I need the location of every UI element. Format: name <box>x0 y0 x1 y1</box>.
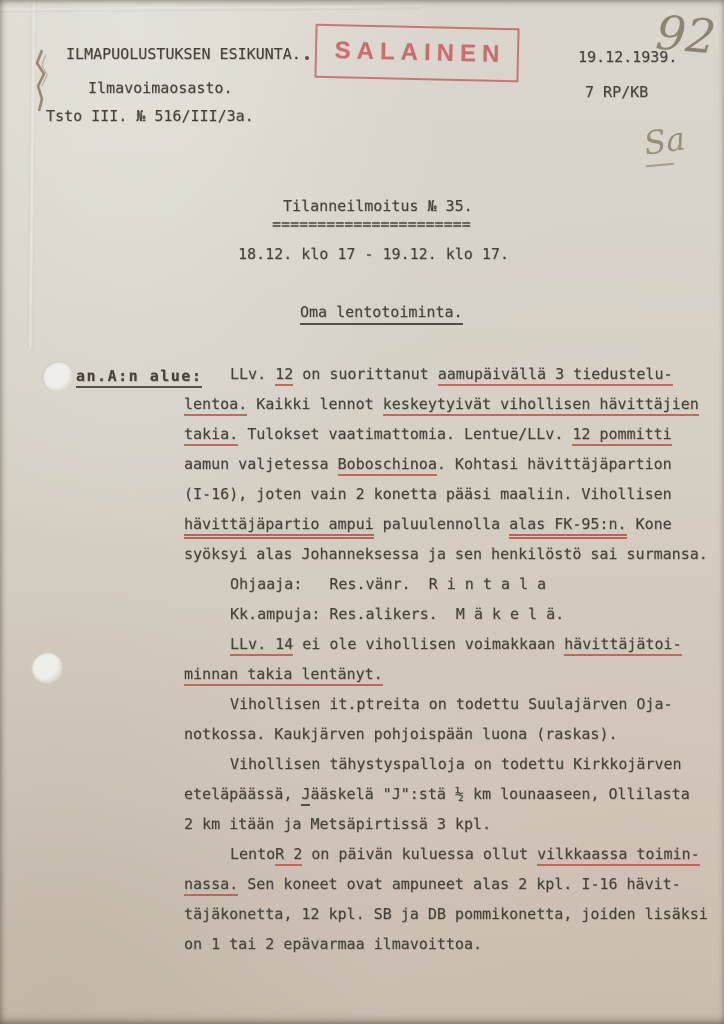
section-heading: Oma lentotoiminta. <box>300 302 463 323</box>
handwritten-initials: Sa <box>642 119 688 162</box>
underlined-text: alas FK-95:n. <box>509 515 626 539</box>
body-line: hävittäjäpartio ampui paluulennolla alas… <box>184 514 672 535</box>
hole-punch-middle <box>31 652 63 684</box>
underlined-text: lentoa. <box>184 395 247 416</box>
text-segment: Kone <box>627 515 672 533</box>
text-segment: Ohjaaja: Res.vänr. R i n t a l a <box>230 575 546 593</box>
secret-stamp: SALAINEN <box>314 24 519 83</box>
body-line: täjäkonetta, 12 kpl. SB ja DB pommikonet… <box>184 904 708 925</box>
org-department-line: Ilmavoimaosasto. <box>88 78 233 99</box>
body-line: Kk.ampuja: Res.alikers. M ä k e l ä. <box>230 604 564 625</box>
underlined-text: keskeytyivät vihollisen hävittäjien <box>383 395 699 416</box>
underlined-text: nassa. <box>184 875 238 896</box>
body-line: nassa. Sen koneet ovat ampuneet alas 2 k… <box>184 874 681 895</box>
title-underline-row: ====================== <box>272 214 471 235</box>
ref-code: 7 RP/KB <box>585 82 648 103</box>
text-segment: Lento <box>230 845 275 863</box>
text-segment: Kaikki lennot <box>247 395 382 413</box>
margin-region-label-text: an.A:n alue: <box>76 367 202 388</box>
underlined-text: 12 pommitti <box>572 425 671 446</box>
text-segment: on päivän kuluessa ollut <box>302 845 537 863</box>
body-line: takia. Tulokset vaatimattomia. Lentue/LL… <box>184 424 672 445</box>
handwritten-page-number: 92 <box>654 5 718 65</box>
text-segment: täjäkonetta, 12 kpl. SB ja DB pommikonet… <box>184 905 708 923</box>
body-line: minnan takia lentänyt. <box>184 664 383 685</box>
body-line: (I-16), joten vain 2 konetta pääsi maali… <box>184 484 672 505</box>
text-segment: on suorittanut <box>293 365 438 383</box>
body-line: aamun valjetessa Boboschinoa. Kohtasi hä… <box>184 454 672 475</box>
text-segment: LLv. <box>230 365 275 383</box>
text-segment: eteläpäässä, <box>184 785 301 803</box>
underlined-text: aamupäivällä 3 tiedustelu- <box>438 365 673 386</box>
text-segment: Vihollisen it.ptreita on todettu Suulajä… <box>230 695 673 713</box>
text-segment: 2 km itään ja Metsäpirtissä 3 kpl. <box>184 815 491 833</box>
scanned-military-document: { "document": { "header": { "org_line1":… <box>0 0 724 1024</box>
body-line: 2 km itään ja Metsäpirtissä 3 kpl. <box>184 814 491 835</box>
body-line: LentoR 2 on päivän kuluessa ollut vilkka… <box>230 844 700 865</box>
org-name-line: ILMAPUOLUSTUKSEN ESIKUNTA. <box>66 44 301 65</box>
underlined-text: hävittäjäpartio ampui <box>184 515 374 539</box>
body-line: Vihollisen it.ptreita on todettu Suulajä… <box>230 694 673 715</box>
underlined-text: takia. <box>184 425 238 446</box>
body-line: Vihollisen tähystyspalloja on todettu Ki… <box>230 754 682 775</box>
underlined-text: minnan takia lentänyt. <box>184 665 383 686</box>
margin-region-label: an.A:n alue: <box>76 366 202 387</box>
text-segment: Vihollisen tähystyspalloja on todettu Ki… <box>230 755 682 773</box>
body-line: Ohjaaja: Res.vänr. R i n t a l a <box>230 574 546 595</box>
text-segment: paluulennolla <box>374 515 509 533</box>
body-line: lentoa. Kaikki lennot keskeytyivät vihol… <box>184 394 699 415</box>
underlined-text: Boboschinoa <box>338 455 437 476</box>
underlined-text: vilkkaassa toimin- <box>537 845 700 866</box>
text-segment: on 1 tai 2 epävarmaa ilmavoittoa. <box>184 935 482 953</box>
body-line: eteläpäässä, Jääskelä "J":stä ½ km louna… <box>184 784 690 805</box>
underlined-text: hävittäjätoi- <box>564 635 681 656</box>
text-segment: syöksyi alas Johanneksessa ja sen henkil… <box>184 545 708 563</box>
org-reference-line: Tsto III. № 516/III/3a. <box>46 106 254 127</box>
underlined-text: R 2 <box>275 845 302 866</box>
paper-background <box>0 0 724 1024</box>
body-line: LLv. 14 ei ole vihollisen voimakkaan häv… <box>230 634 682 655</box>
underlined-text: 12 <box>275 365 293 386</box>
body-line: on 1 tai 2 epävarmaa ilmavoittoa. <box>184 934 482 955</box>
section-heading-text: Oma lentotoiminta. <box>300 303 463 325</box>
secret-stamp-text: SALAINEN <box>328 37 505 69</box>
report-period: 18.12. klo 17 - 19.12. klo 17. <box>238 244 509 265</box>
ink-speck <box>305 56 309 60</box>
text-segment: ääskelä "J":stä ½ km lounaaseen, Ollilas… <box>310 785 689 803</box>
text-segment: Kk.ampuja: Res.alikers. M ä k e l ä. <box>230 605 564 623</box>
text-segment: Sen koneet ovat ampuneet alas 2 kpl. I-1… <box>238 875 681 893</box>
text-segment: ei ole vihollisen voimakkaan <box>293 635 564 653</box>
text-segment: Tulokset vaatimattomia. Lentue/LLv. <box>238 425 572 443</box>
body-line: syöksyi alas Johanneksessa ja sen henkil… <box>184 544 708 565</box>
text-segment: aamun valjetessa <box>184 455 338 473</box>
body-line: notkossa. Kaukjärven pohjoispään luona (… <box>184 724 617 745</box>
hole-punch-top <box>42 361 74 393</box>
underlined-text: LLv. 14 <box>230 635 293 656</box>
text-segment: notkossa. Kaukjärven pohjoispään luona (… <box>184 725 617 743</box>
text-segment: . Kohtasi hävittäjäpartion <box>437 455 672 473</box>
body-line: LLv. 12 on suorittanut aamupäivällä 3 ti… <box>230 364 673 385</box>
text-segment: (I-16), joten vain 2 konetta pääsi maali… <box>184 485 672 503</box>
